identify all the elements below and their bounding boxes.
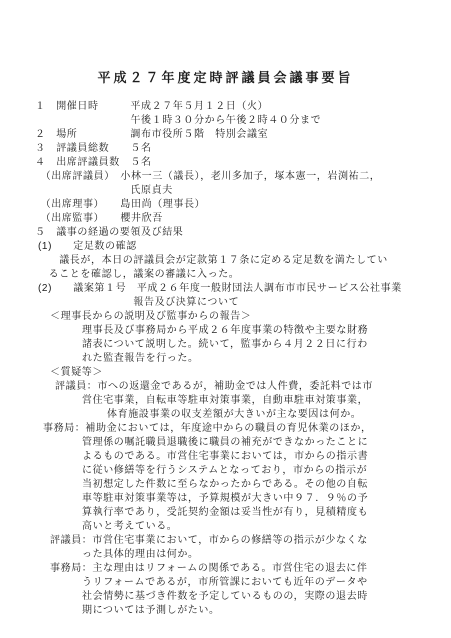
doc-line: 午後１時３０分から午後２時４０分まで	[30, 114, 445, 128]
doc-line: （出席理事） 島田尚（理事長）	[30, 198, 445, 212]
doc-line: 営住宅事業，自転車等駐車対策事業，自動車駐車対策事業，	[30, 394, 445, 408]
doc-line: ５ 議事の経過の要領及び結果	[30, 226, 445, 240]
doc-line: 車等駐車対策事業等は，予算規模が大きい中９７．９％の予	[30, 492, 445, 506]
doc-line: 算執行率であり，受託契約金額は妥当性が有り，見積精度も	[30, 506, 445, 520]
doc-line: 理事長及び事務局から平成２６年度事業の特徴や主要な財務	[30, 324, 445, 338]
doc-line: 管理係の嘱託職員退職後に職員の補充ができなかったことに	[30, 436, 445, 450]
doc-line: (2) 議案第１号 平成２６年度一般財団法人調布市市民サービス公社事業	[30, 282, 445, 296]
doc-line: 社会情勢に基づき件数を予定しているものの，実際の退去時	[30, 590, 445, 604]
doc-line: (1) 定足数の確認	[30, 240, 445, 254]
doc-line: （出席評議員） 小林一三（議長），老川多加子，塚本憲一，岩渕祐二，	[30, 170, 445, 184]
document-page: 平成２７年度定時評議員会議事要旨 １ 開催日時 平成２７年５月１２日（火） 午後…	[0, 0, 451, 638]
doc-line: １ 開催日時 平成２７年５月１２日（火）	[30, 100, 445, 114]
doc-line: ることを確認し，議案の審議に入った。	[30, 268, 445, 282]
doc-line: ＜理事長からの説明及び監事からの報告＞	[30, 310, 445, 324]
doc-line: 報告及び決算について	[30, 296, 445, 310]
doc-line: 評議員：市営住宅事業において，市からの修繕等の指示が少なくな	[30, 534, 445, 548]
doc-line: に従い修繕等を行うシステムとなっており，市からの指示が	[30, 464, 445, 478]
doc-line: 氏原貞夫	[30, 184, 445, 198]
doc-line: 期については予測しがたい。	[30, 604, 445, 618]
doc-line: 評議員：市への返還金であるが，補助金では人件費，委託料では市	[30, 380, 445, 394]
doc-line: 高いと考えている。	[30, 520, 445, 534]
doc-line: ２ 場所 調布市役所５階 特別会議室	[30, 128, 445, 142]
doc-line: 体育施設事業の収支差額が大きいが主な要因は何か。	[30, 408, 445, 422]
document-title: 平成２７年度定時評議員会議事要旨	[0, 0, 451, 86]
doc-line: 議長が，本日の評議員会が定款第１７条に定める定足数を満たしてい	[30, 254, 445, 268]
document-body: １ 開催日時 平成２７年５月１２日（火） 午後１時３０分から午後２時４０分まで２…	[0, 100, 451, 618]
doc-line: ４ 出席評議員数 ５名	[30, 156, 445, 170]
doc-line: 当初想定した件数に至らなかったからである。その他の自転	[30, 478, 445, 492]
doc-line: 事務局：主な理由はリフォームの関係である。市営住宅の退去に伴	[30, 562, 445, 576]
doc-line: ３ 評議員総数 ５名	[30, 142, 445, 156]
doc-line: 事務局：補助金においては，年度途中からの職員の育児休業のほか，	[30, 422, 445, 436]
doc-line: （出席監事） 櫻井欣吾	[30, 212, 445, 226]
doc-line: った具体的理由は何か。	[30, 548, 445, 562]
doc-line: よるものである。市営住宅事業においては，市からの指示書	[30, 450, 445, 464]
doc-line: 諸表について説明した。続いて，監事から４月２２日に行わ	[30, 338, 445, 352]
doc-line: うリフォームであるが，市所管課においても近年のデータや	[30, 576, 445, 590]
doc-line: ＜質疑等＞	[30, 366, 445, 380]
doc-line: れた監査報告を行った。	[30, 352, 445, 366]
